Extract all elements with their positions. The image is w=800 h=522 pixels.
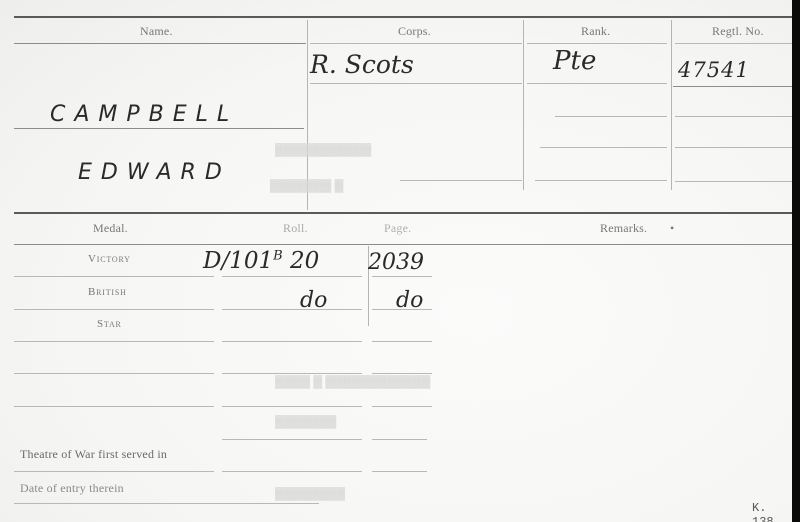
col-divider-corps-rank [523, 20, 524, 190]
row-rule [222, 406, 362, 407]
victory-page-value: 2039 [368, 250, 424, 275]
row-rule [14, 503, 319, 504]
row-rule [675, 147, 792, 148]
theatre-of-war-label: Theatre of War first served in [20, 447, 167, 462]
header-rule-name [14, 43, 306, 44]
row-rule [222, 309, 362, 310]
british-page-value: do [396, 288, 423, 313]
british-roll-value: do [300, 288, 327, 313]
row-rule [14, 471, 214, 472]
forename-value: EDWARD [78, 160, 231, 185]
bleed-through-text: ▓▓▓▓▓▓▓▓ [275, 486, 345, 500]
surname-value: CAMPBELL [50, 102, 238, 127]
row-rule [540, 147, 667, 148]
header-rule-corps [310, 43, 522, 44]
medal-col-header: Medal. [93, 221, 128, 236]
remarks-dot: • [670, 221, 674, 236]
row-rule [372, 471, 427, 472]
corps-label: Corps. [398, 24, 431, 39]
row-rule [222, 439, 362, 440]
name-underline-surname [14, 128, 304, 129]
row-rule [555, 116, 667, 117]
corps-value: R. Scots [310, 50, 414, 79]
bleed-through-text: ▓▓▓▓ ▓ ▓▓▓▓▓▓▓▓▓▓▓▓ [275, 374, 430, 388]
row-rule [14, 276, 214, 277]
row-rule [14, 406, 214, 407]
rank-value: Pte [553, 46, 596, 76]
regtl-no-value: 47541 [678, 58, 750, 82]
victory-roll-sup: B [273, 248, 283, 263]
rank-label: Rank. [581, 24, 610, 39]
row-rule [222, 471, 362, 472]
medal-row-british-label: British [88, 286, 127, 298]
row-rule [372, 439, 427, 440]
row-rule [372, 341, 432, 342]
victory-roll-suffix: 20 [290, 248, 319, 274]
bleed-through-text: ▓▓▓▓▓▓▓ ▓ [270, 178, 343, 192]
row-rule [310, 83, 522, 84]
name-label: Name. [140, 24, 173, 39]
regtl-no-label: Regtl. No. [712, 24, 764, 39]
row-rule [222, 341, 362, 342]
row-rule [222, 276, 362, 277]
medal-index-card: Name. Corps. Rank. Regtl. No. ▓▓▓▓▓▓▓▓▓▓… [0, 0, 792, 522]
row-rule [372, 406, 432, 407]
date-of-entry-label: Date of entry therein [20, 481, 124, 496]
roll-col-header: Roll. [283, 221, 308, 236]
row-rule [14, 373, 214, 374]
section-divider-rule [14, 212, 792, 214]
page-col-header: Page. [384, 221, 411, 236]
row-rule [14, 341, 214, 342]
victory-roll-ref: D/101 [203, 248, 273, 274]
row-rule [673, 86, 792, 87]
row-rule [675, 116, 792, 117]
form-number: K. 138 [752, 501, 792, 522]
bleed-through-text: ▓▓▓▓▓▓▓▓▓▓▓ [275, 142, 371, 156]
bleed-through-text: ▓▓▓▓▓▓▓ [275, 414, 336, 428]
row-rule [400, 180, 522, 181]
header-rule-rank [527, 43, 667, 44]
row-rule [14, 309, 214, 310]
col-divider-rank-regtl [671, 20, 672, 190]
remarks-col-header: Remarks. [600, 221, 647, 236]
table-header-rule [14, 244, 792, 245]
row-rule [372, 276, 432, 277]
medal-row-victory-label: Victory [88, 253, 131, 265]
top-border-rule [14, 16, 792, 18]
row-rule [675, 181, 792, 182]
medal-row-star-label: Star [97, 318, 122, 330]
row-rule [527, 83, 667, 84]
victory-roll-value: D/101B 20 [203, 248, 319, 274]
header-rule-regtl [675, 43, 792, 44]
row-rule [535, 180, 667, 181]
scan-edge [792, 0, 800, 522]
